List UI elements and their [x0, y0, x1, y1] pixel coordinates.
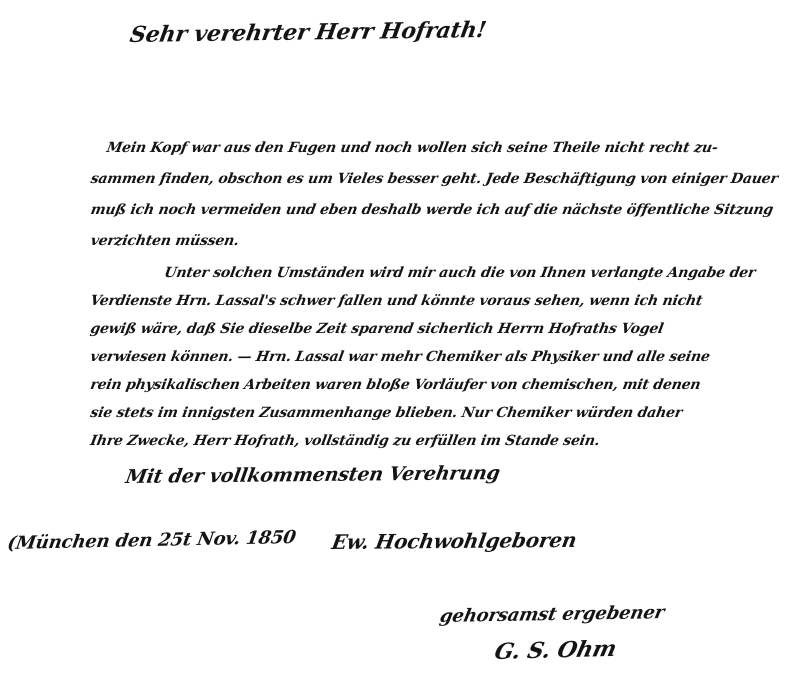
date-place-line: (München den 25t Nov. 1850 — [6, 527, 297, 554]
body-line: Ihre Zwecke, Herr Hofrath, vollständig z… — [88, 427, 758, 455]
body-line: sie stets im innigsten Zusammenhange bli… — [88, 399, 758, 427]
signature: G. S. Ohm — [492, 636, 619, 665]
body-line: verzichten müssen. — [88, 226, 780, 257]
body-line: sammen finden, obschon es um Vieles bess… — [88, 164, 780, 195]
salutation-line: Sehr verehrter Herr Hofrath! — [128, 17, 488, 48]
body-line: Mein Kopf war aus den Fugen und noch wol… — [88, 133, 780, 164]
body-line: gewiß wäre, daß Sie dieselbe Zeit sparen… — [88, 315, 758, 343]
address-line: Ew. Hochwohlgeboren — [330, 528, 578, 554]
body-line: rein physikalischen Arbeiten waren bloße… — [88, 371, 758, 399]
body-line: Unter solchen Umständen wird mir auch di… — [88, 259, 758, 287]
letter-page: Sehr verehrter Herr Hofrath! Mein Kopf w… — [0, 0, 800, 683]
paragraph-2: Unter solchen Umständen wird mir auch di… — [88, 259, 753, 455]
valediction-line: gehorsamst ergebener — [438, 602, 666, 627]
body-line: Verdienste Hrn. Lassal's schwer fallen u… — [88, 287, 758, 315]
body-line: muß ich noch vermeiden und eben deshalb … — [88, 195, 780, 226]
closing-line: Mit der vollkommensten Verehrung — [124, 462, 502, 488]
paragraph-1: Mein Kopf war aus den Fugen und noch wol… — [88, 133, 775, 257]
body-line: verwiesen können. — Hrn. Lassal war mehr… — [88, 343, 758, 371]
